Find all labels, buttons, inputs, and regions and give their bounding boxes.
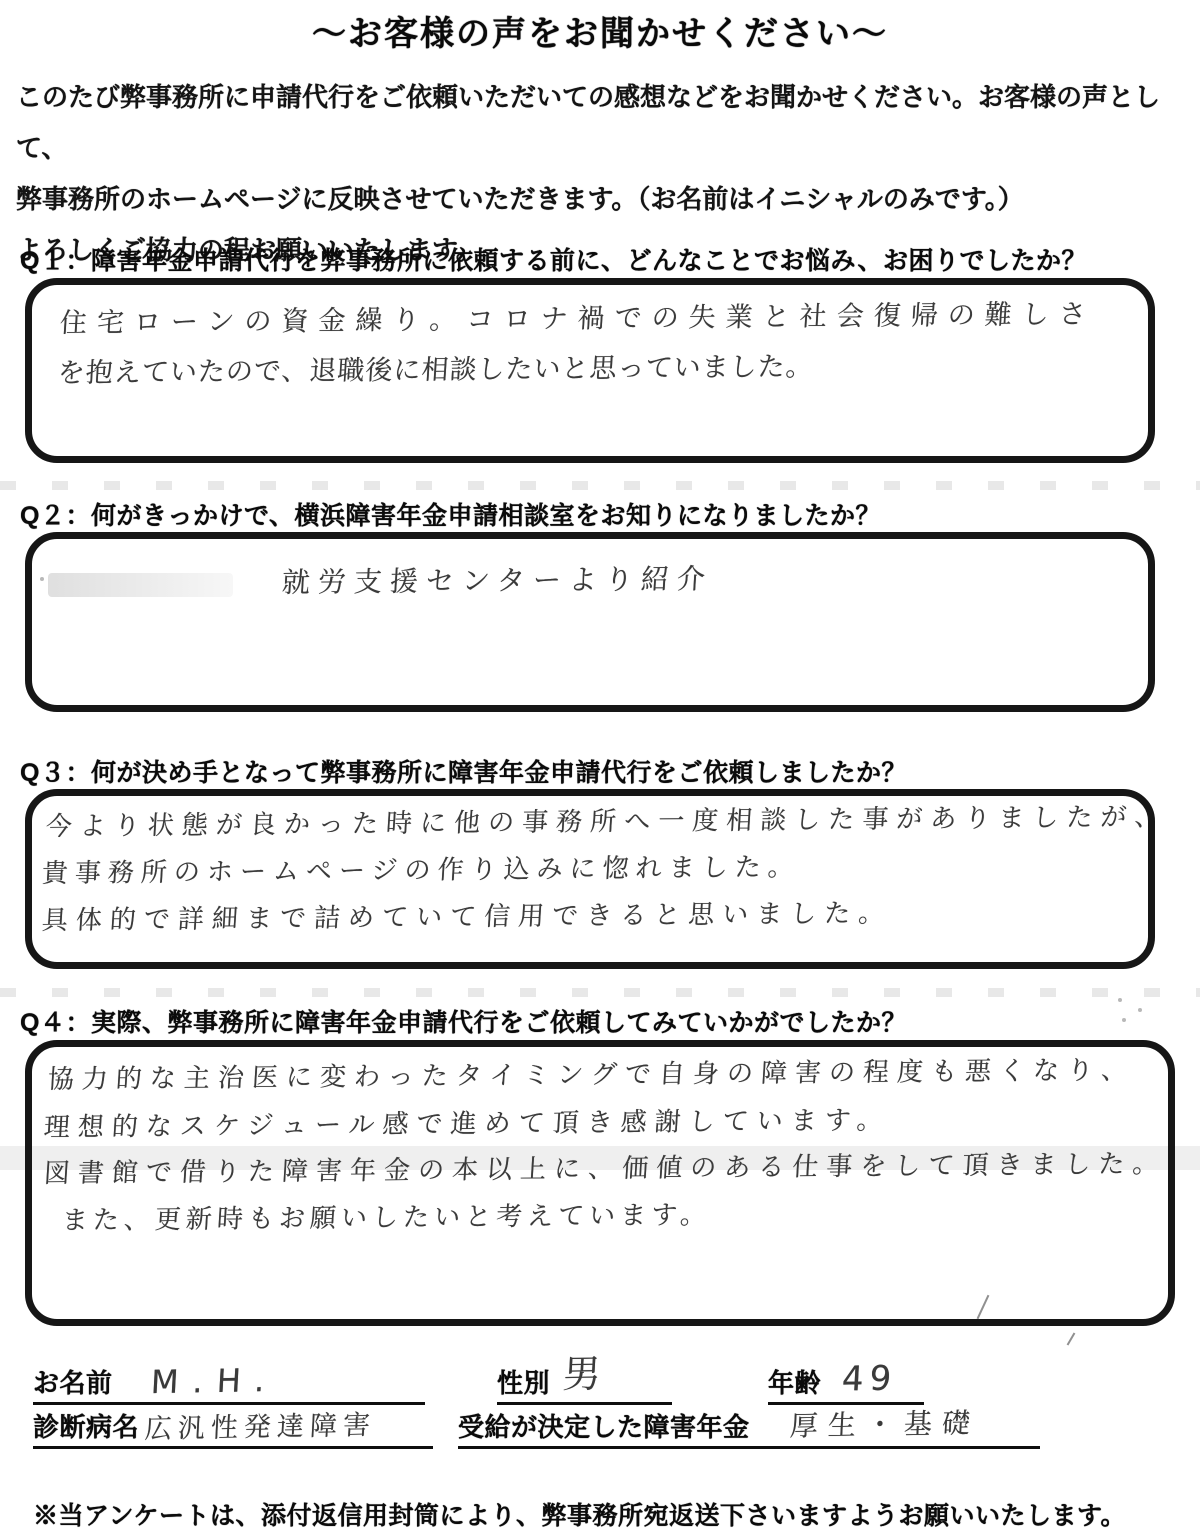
question-3-label: Q３：何が決め手となって弊事務所に障害年金申請代行をご依頼しましたか？ bbox=[20, 753, 907, 789]
gender-value-handwritten: 男 bbox=[562, 1343, 603, 1399]
name-label: お名前 bbox=[33, 1363, 113, 1400]
gender-label: 性別 bbox=[497, 1363, 550, 1400]
scan-speck bbox=[1138, 1008, 1142, 1012]
intro-line: 弊事務所のホームページに反映させていただきます。（お名前はイニシャルのみです。） bbox=[16, 174, 1166, 225]
handwritten-answer-line: 今より状態が良かった時に他の事務所へ一度相談した事がありましたが、 bbox=[45, 796, 1170, 843]
scan-speck bbox=[40, 577, 44, 581]
handwritten-answer-line: を抱えていたので、退職後に相談したいと思っていました。 bbox=[57, 344, 815, 390]
diagnosis-field: 診断病名 広汎性発達障害 bbox=[33, 1410, 433, 1449]
scan-slash-mark bbox=[1067, 1332, 1076, 1345]
page-title: ～お客様の声をお聞かせください～ bbox=[0, 6, 1200, 55]
footer-note: ※当アンケートは、添付返信用封筒により、弊事務所宛返送下さいますようお願いいたし… bbox=[33, 1496, 1183, 1532]
survey-scan-page: ～お客様の声をお聞かせください～ このたび弊事務所に申請代行をご依頼いただいての… bbox=[0, 0, 1200, 1537]
diagnosis-value-handwritten: 広汎性発達障害 bbox=[144, 1403, 377, 1446]
handwritten-answer-line: 理想的なスケジュール感で進めて頂き感謝しています。 bbox=[43, 1100, 892, 1144]
question-2-label: Q２：何がきっかけで、横浜障害年金申請相談室をお知りになりましたか？ bbox=[20, 496, 881, 532]
scan-noise-band bbox=[0, 481, 1200, 490]
question-4-label: Q４：実際、弊事務所に障害年金申請代行をご依頼してみていかがでしたか？ bbox=[20, 1003, 907, 1039]
gender-field: 性別 男 bbox=[497, 1366, 672, 1405]
scan-noise-band bbox=[0, 988, 1200, 997]
question-3-answer-box: 今より状態が良かった時に他の事務所へ一度相談した事がありましたが、 貴事務所のホ… bbox=[25, 789, 1155, 969]
question-2-answer-box: 就労支援センターより紹介 bbox=[25, 532, 1155, 712]
handwritten-answer-line: 図書館で借りた障害年金の本以上に、価値のある仕事をして頂きました。 bbox=[43, 1143, 1168, 1190]
handwritten-answer-line: 具体的で詳細まで詰めていて信用できると思いました。 bbox=[41, 893, 894, 937]
erased-mark-smudge bbox=[48, 573, 233, 597]
handwritten-answer-line: 貴事務所のホームページの作り込みに惚れました。 bbox=[41, 846, 802, 890]
diagnosis-label: 診断病名 bbox=[33, 1407, 139, 1444]
name-value-handwritten: M.H. bbox=[150, 1361, 280, 1401]
age-value-handwritten: 49 bbox=[841, 1359, 898, 1400]
scan-speck bbox=[1118, 998, 1122, 1002]
pension-field: 受給が決定した障害年金 厚生・基礎 bbox=[458, 1410, 1040, 1449]
question-4-answer-box: 協力的な主治医に変わったタイミングで自身の障害の程度も悪くなり、 理想的なスケジ… bbox=[25, 1040, 1175, 1326]
question-1-answer-box: 住宅ローンの資金繰り。コロナ禍での失業と社会復帰の難しさ を抱えていたので、退職… bbox=[25, 278, 1155, 463]
age-field: 年齢 49 bbox=[768, 1366, 924, 1405]
intro-line: このたび弊事務所に申請代行をご依頼いただいての感想などをお聞かせください。お客様… bbox=[16, 72, 1166, 174]
handwritten-answer-line: 住宅ローンの資金繰り。コロナ禍での失業と社会復帰の難しさ bbox=[59, 292, 1097, 340]
handwritten-answer-line: また、更新時もお願いしたいと考えています。 bbox=[61, 1194, 713, 1237]
age-label: 年齢 bbox=[768, 1363, 821, 1400]
name-field: お名前 M.H. bbox=[33, 1366, 425, 1405]
pension-label: 受給が決定した障害年金 bbox=[458, 1407, 750, 1444]
question-1-label: Q１：障害年金申請代行を弊事務所に依頼する前に、どんなことでお悩み、お困りでした… bbox=[20, 241, 1087, 277]
handwritten-answer-line: 協力的な主治医に変わったタイミングで自身の障害の程度も悪くなり、 bbox=[47, 1050, 1137, 1096]
pension-value-handwritten: 厚生・基礎 bbox=[789, 1401, 981, 1444]
scan-speck bbox=[1122, 1018, 1126, 1022]
handwritten-answer-line: 就労支援センターより紹介 bbox=[281, 557, 715, 601]
